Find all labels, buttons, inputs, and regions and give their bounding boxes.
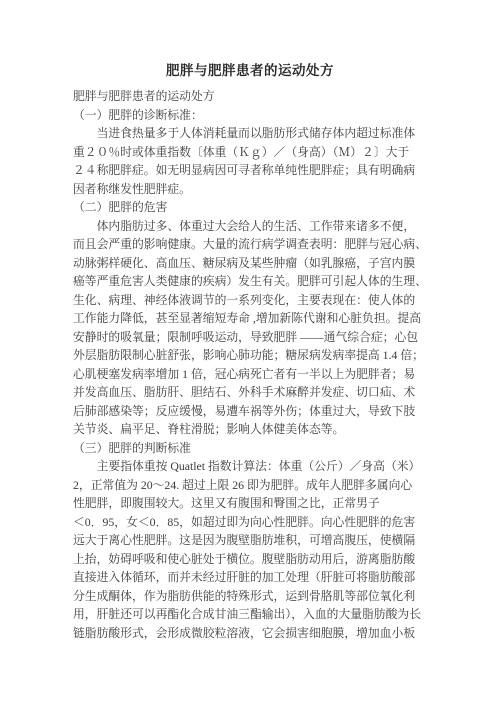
text-line: 体内脂肪过多、体重过大会给人的生活、工作带来诸多不便， <box>73 217 435 236</box>
text-line: 用，肝脏还可以再酯化合成甘油三酯输出），入血的大量脂肪酸为长 <box>73 605 435 624</box>
text-line: 2，正常值为 20～24. 超过上限 26 即为肥胖。成年人肥胖多属向心 <box>73 476 435 495</box>
text-line: 工作能力降低，甚至显著缩短寿命 ,增加新陈代谢和心脏负担。提高 <box>73 309 435 328</box>
text-line: 后肺部感染等；反应缓慢，易遭车祸等外伤；体重过大，导致下肢 <box>73 402 435 421</box>
text-line: 主要指体重按 Quatlet 指数计算法：体重（公斤）／身高（米） <box>73 457 435 476</box>
text-line: 性肥胖，即腹围较大。这里又有腹围和臀围之比，正常男子 <box>73 494 435 513</box>
text-line: 并发高血压、脂肪肝、胆结石、外科手术麻醉并发症、切口疝、术 <box>73 383 435 402</box>
text-line: 重２０％时或体重指数〔体重（Ｋｇ）／（身高）（Ｍ）２〕大于 <box>73 143 435 162</box>
document-body: 肥胖与肥胖患者的运动处方（一）肥胖的诊断标准：当进食热量多于人体消耗量而以脂肪形… <box>73 87 435 642</box>
document-page: 肥胖与肥胖患者的运动处方 肥胖与肥胖患者的运动处方（一）肥胖的诊断标准：当进食热… <box>0 0 500 707</box>
text-line: 当进食热量多于人体消耗量而以脂肪形式储存体内超过标准体 <box>73 124 435 143</box>
text-line: ２４称肥胖症。如无明显病因可寻者称单纯性肥胖症；具有明确病 <box>73 161 435 180</box>
text-line: 上抬，妨碍呼吸和使心脏处于横位。腹壁脂肪动用后，游离脂肪酸 <box>73 550 435 569</box>
text-line: （二）肥胖的危害 <box>73 198 435 217</box>
text-line: 心肌梗塞发病率增加 1 倍，冠心病死亡者有一半以上为肥胖者；易 <box>73 365 435 384</box>
text-line: 链脂肪酸形式，会形成微胶粒溶液，它会损害细胞膜，增加血小板 <box>73 624 435 643</box>
text-line: 关节炎、扁平足、脊柱滑脱；影响人体健美体态等。 <box>73 420 435 439</box>
text-line: 而且会严重的影响健康。大量的流行病学调查表明：肥胖与冠心病、 <box>73 235 435 254</box>
text-line: 动脉粥样硬化、高血压、糖尿病及某些肿瘤（如乳腺癌，子宫内膜 <box>73 254 435 273</box>
text-line: 分生成酮体，作为脂肪供能的特殊形式，运到骨胳肌等部位氧化利 <box>73 587 435 606</box>
text-line: 远大于离心性肥胖。这是因为腹壁脂肪堆积，可增高腹压，使横隔 <box>73 531 435 550</box>
text-line: 生化、病理、神经体液调节的一系列变化，主要表现在：使人体的 <box>73 291 435 310</box>
text-line: ＜0．95，女＜0．85，如超过即为向心性肥胖。向心性肥胖的危害 <box>73 513 435 532</box>
text-line: 直接进入体循环，而并未经过肝脏的加工处理（肝脏可将脂肪酸部 <box>73 568 435 587</box>
text-line: 肥胖与肥胖患者的运动处方 <box>73 87 435 106</box>
text-line: 因者称继发性肥胖症。 <box>73 180 435 199</box>
document-title: 肥胖与肥胖患者的运动处方 <box>0 61 500 80</box>
text-line: （三）肥胖的判断标准 <box>73 439 435 458</box>
text-line: 外层脂肪限制心脏舒张，影响心肺功能；糖尿病发病率提高 1.4 倍； <box>73 346 435 365</box>
text-line: 安静时的吸氧量；限制呼吸运动，导致肥胖 ——通气综合症；心包 <box>73 328 435 347</box>
text-line: （一）肥胖的诊断标准： <box>73 106 435 125</box>
text-line: 癌等严重危害人类健康的疾病）发生有关。肥胖可引起人体的生理、 <box>73 272 435 291</box>
